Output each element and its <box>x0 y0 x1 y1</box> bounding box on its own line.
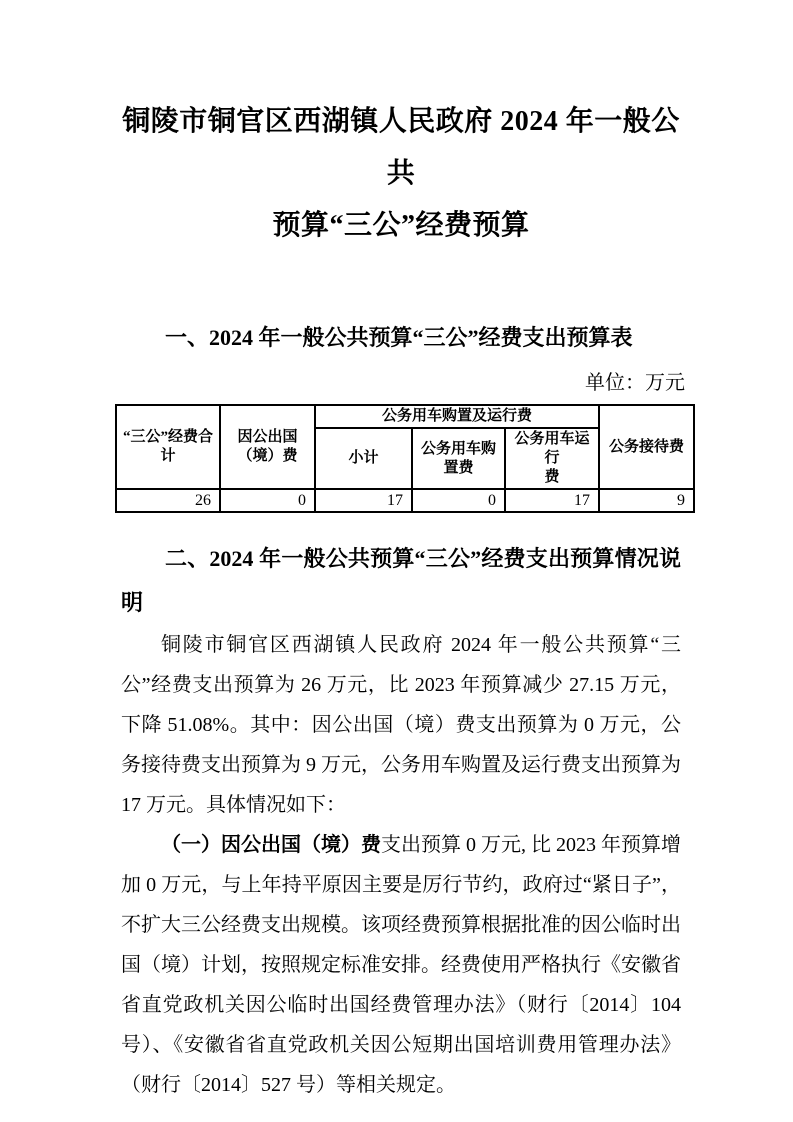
document-title-line-1: 铜陵市铜官区西湖镇人民政府 2024 年一般公共 <box>121 96 681 200</box>
paragraph-abroad-body: 支出预算 0 万元, 比 2023 年预算增加 0 万元，与上年持平原因主要是厉… <box>121 834 681 1096</box>
section1-heading: 一、2024 年一般公共预算“三公”经费支出预算表 <box>121 316 681 360</box>
document-title-line-2: 预算“三公”经费预算 <box>121 200 681 252</box>
header-reception-expenses: 公务接待费 <box>599 405 694 489</box>
paragraph-abroad-lead: （一）因公出国（境）费 <box>161 834 381 856</box>
header-vehicle-purchase: 公务用车购 置费 <box>412 428 505 489</box>
document-title: 铜陵市铜官区西湖镇人民政府 2024 年一般公共 预算“三公”经费预算 <box>121 96 681 252</box>
paragraph-overview: 铜陵市铜官区西湖镇人民政府 2024 年一般公共预算“三公”经费支出预算为 26… <box>121 625 681 825</box>
header-vehicle-subtotal: 小计 <box>315 428 412 489</box>
value-vehicle-subtotal: 17 <box>315 489 412 512</box>
budget-table: “三公”经费合 计 因公出国 （境）费 公务用车购置及运行费 公务接待费 小计 … <box>115 404 695 513</box>
document-page: 铜陵市铜官区西湖镇人民政府 2024 年一般公共 预算“三公”经费预算 一、20… <box>0 0 793 1122</box>
header-abroad-expenses: 因公出国 （境）费 <box>220 405 315 489</box>
table-header-row-1: “三公”经费合 计 因公出国 （境）费 公务用车购置及运行费 公务接待费 <box>116 405 694 428</box>
table-data-row: 26 0 17 0 17 9 <box>116 489 694 512</box>
paragraph-abroad: （一）因公出国（境）费支出预算 0 万元, 比 2023 年预算增加 0 万元，… <box>121 825 681 1105</box>
value-reception-expenses: 9 <box>599 489 694 512</box>
header-vehicle-group: 公务用车购置及运行费 <box>315 405 599 428</box>
value-total-expenses: 26 <box>116 489 220 512</box>
header-vehicle-operation: 公务用车运行 费 <box>505 428 599 489</box>
header-total-expenses: “三公”经费合 计 <box>116 405 220 489</box>
value-abroad-expenses: 0 <box>220 489 315 512</box>
section2-heading: 二、2024 年一般公共预算“三公”经费支出预算情况说明 <box>121 537 681 625</box>
value-vehicle-purchase: 0 <box>412 489 505 512</box>
unit-label: 单位：万元 <box>121 368 685 398</box>
value-vehicle-operation: 17 <box>505 489 599 512</box>
